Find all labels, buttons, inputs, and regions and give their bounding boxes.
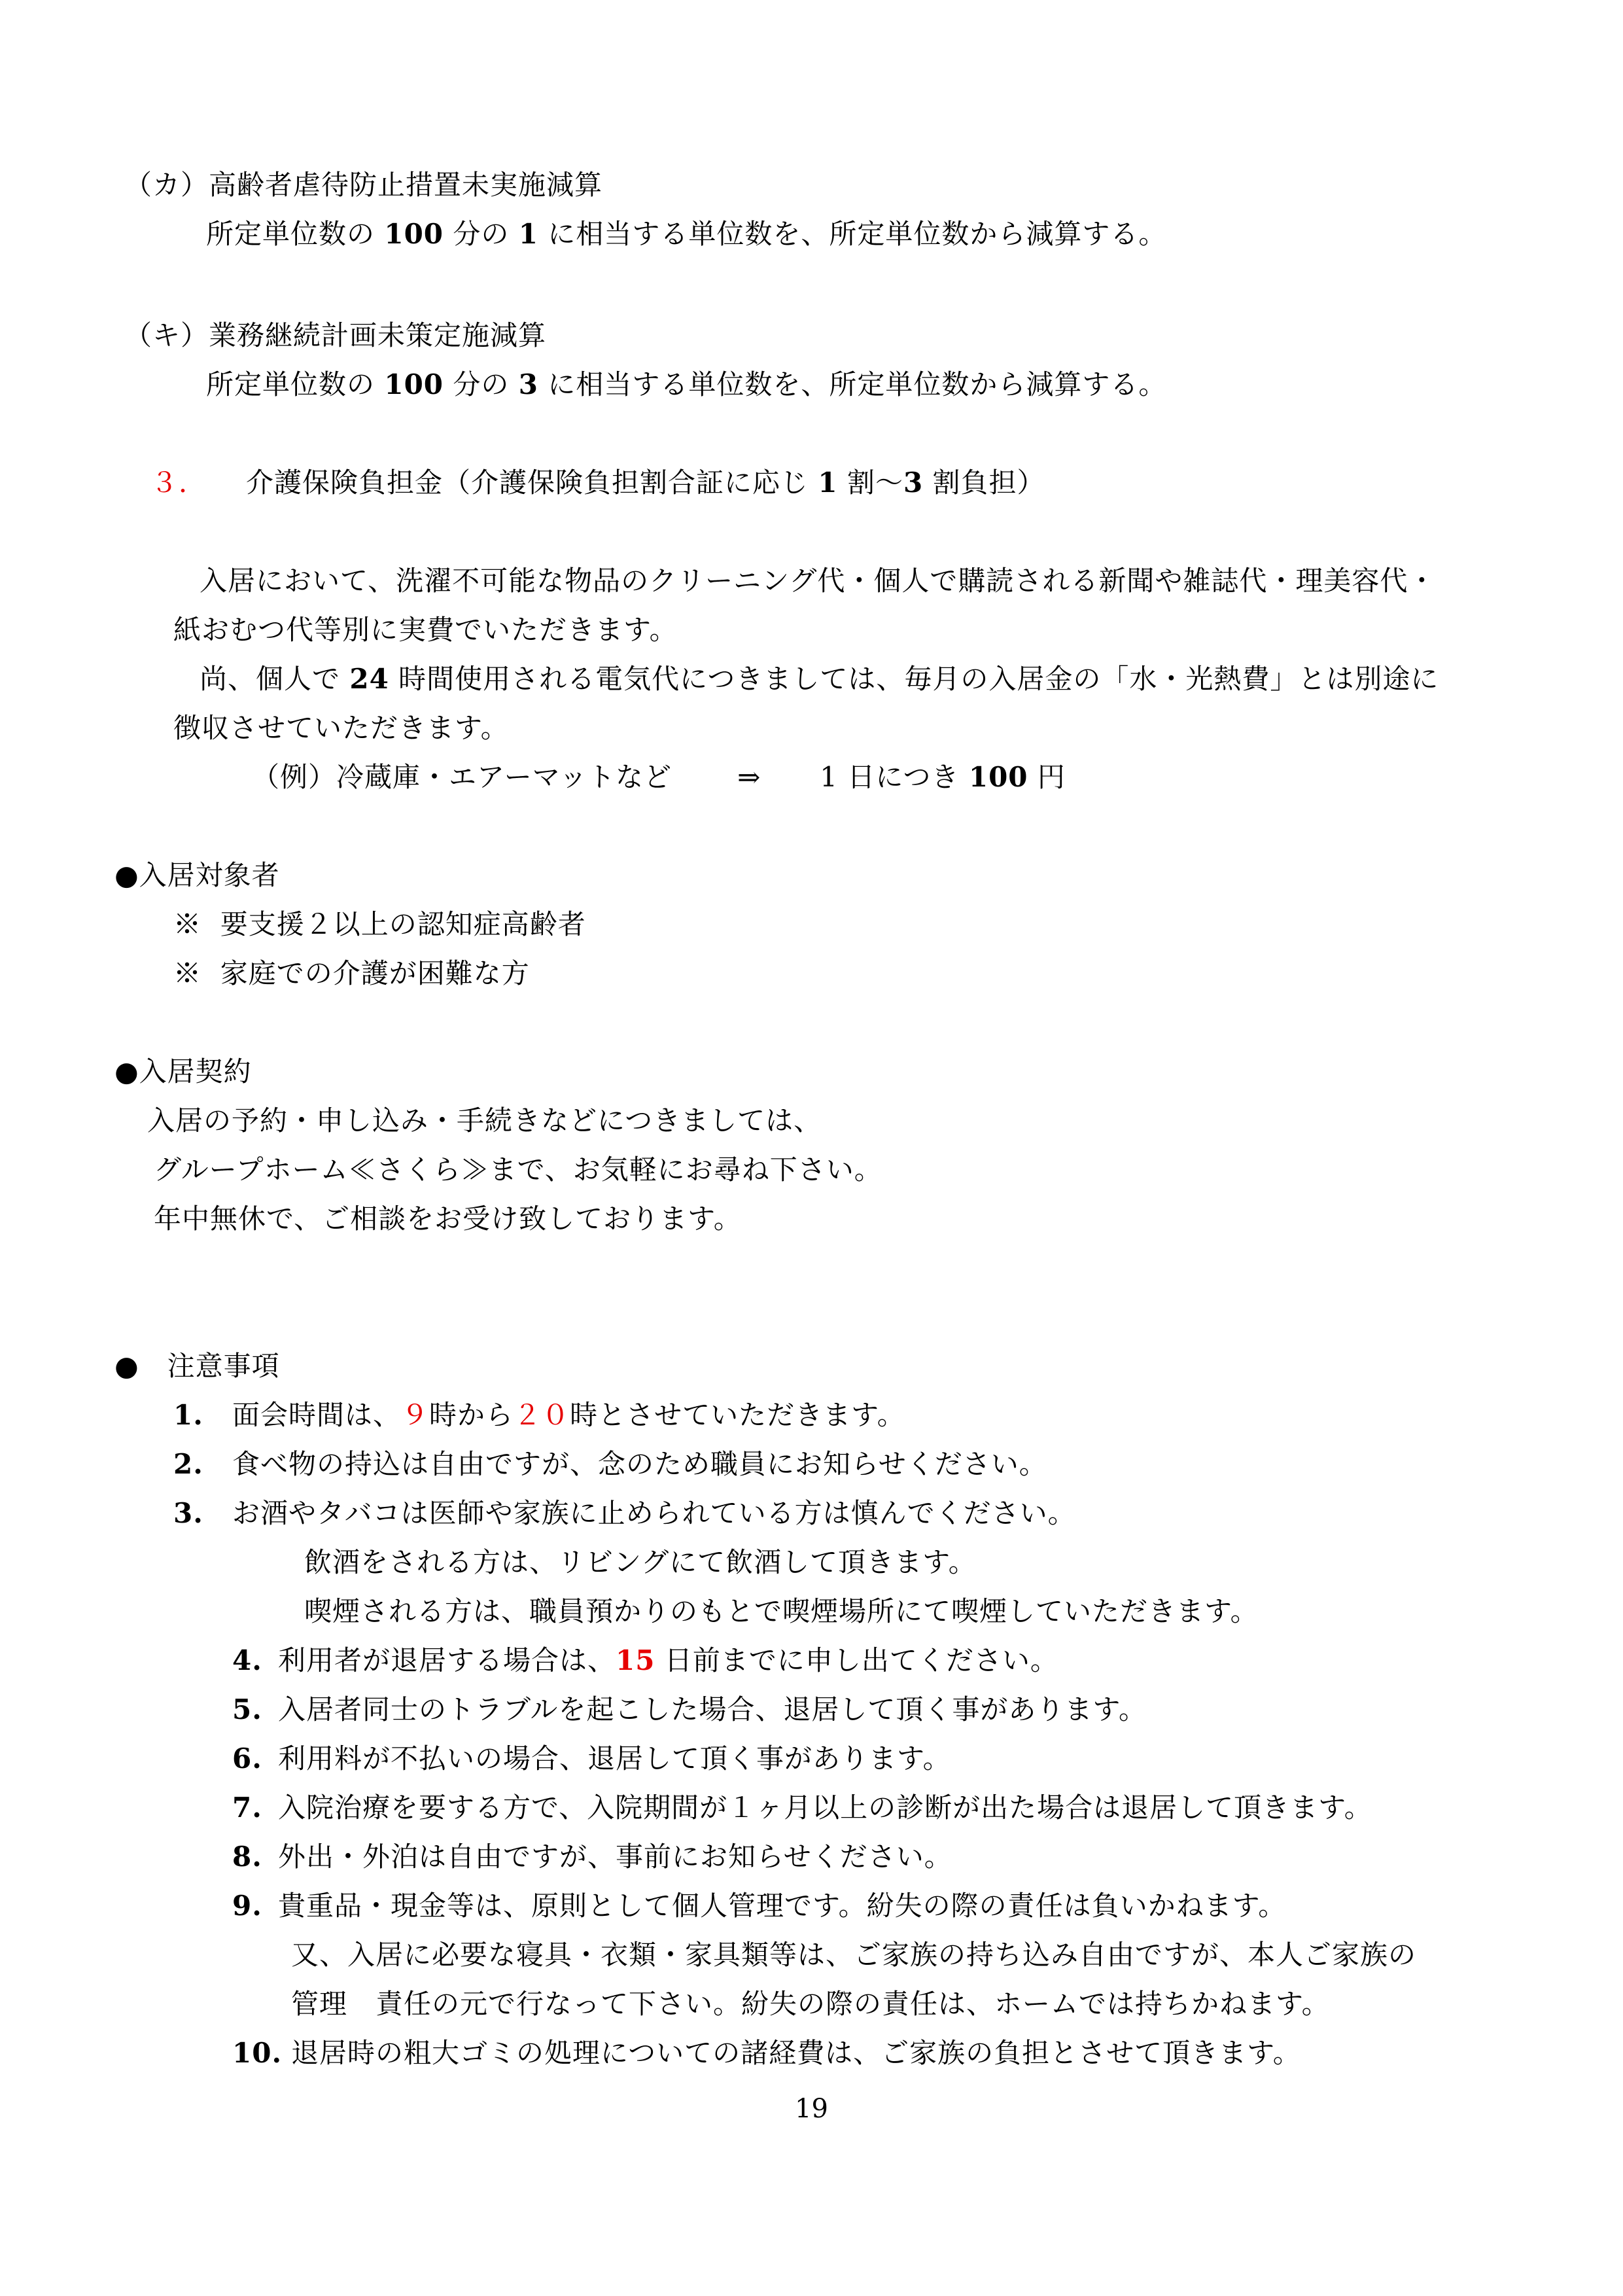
eligibility-heading: ●入居対象者	[114, 859, 280, 892]
item-number: 9.	[232, 1890, 278, 1922]
section-ki-body: 所定単位数の 100 分の 3 に相当する単位数を、所定単位数から減算する。	[206, 368, 1166, 401]
highlight: ２０	[514, 1399, 570, 1431]
section-3-paragraph-2-line-2: 徴収させていただきます。	[173, 712, 509, 745]
section-ka-body: 所定単位数の 100 分の 1 に相当する単位数を、所定単位数から減算する。	[206, 218, 1166, 251]
number: 24	[349, 663, 389, 695]
section-3-paragraph-1-line-2: 紙おむつ代等別に実費でいただきます。	[173, 614, 678, 646]
number: 100	[384, 368, 444, 400]
eligibility-item: ※ 家庭での介護が困難な方	[173, 957, 530, 990]
section-3-example: （例）冷蔵庫・エアーマットなど⇒1 日につき 100 円	[252, 761, 1066, 794]
number: 3	[903, 467, 923, 499]
notes-item-9: 9.貴重品・現金等は、原則として個人管理です。紛失の際の責任は負いかねます。	[232, 1890, 1286, 1922]
item-number: 2.	[173, 1448, 232, 1481]
notes-item-5: 5.入居者同士のトラブルを起こした場合、退居して頂く事があります。	[232, 1693, 1147, 1726]
section-3-heading: ３．介護保険負担金（介護保険負担割合証に応じ 1 割〜3 割負担）	[150, 467, 1045, 499]
notes-item-9-sub-2: 管理 責任の元で行なって下さい。紛失の際の責任は、ホームでは持ちかねます。	[291, 1988, 1330, 2021]
section-ka-heading: （カ）高齢者虐待防止措置未実施減算	[124, 169, 602, 202]
text: 外出・外泊は自由ですが、事前にお知らせください。	[278, 1841, 952, 1873]
item-number: 3.	[173, 1497, 232, 1530]
example-label: （例）冷蔵庫・エアーマットなど	[252, 761, 672, 793]
page-number: 19	[0, 2094, 1623, 2124]
text: 分の	[444, 368, 519, 400]
text: 利用者が退居する場合は、	[278, 1644, 616, 1676]
text: 尚、個人で	[200, 663, 349, 695]
number: 1	[519, 218, 538, 250]
text: 入院治療を要する方で、入院期間が１ヶ月以上の診断が出た場合は退居して頂きます。	[278, 1792, 1372, 1824]
section-ki-heading: （キ）業務継続計画未策定施減算	[124, 319, 546, 352]
notes-item-2: 2.食べ物の持込は自由ですが、念のため職員にお知らせください。	[173, 1448, 1047, 1481]
notes-item-4: 4.利用者が退居する場合は、15 日前までに申し出てください。	[232, 1644, 1058, 1677]
document-page: （カ）高齢者虐待防止措置未実施減算 所定単位数の 100 分の 1 に相当する単…	[0, 0, 1623, 2296]
highlight: ９	[401, 1399, 429, 1431]
text: に相当する単位数を、所定単位数から減算する。	[538, 368, 1166, 400]
number: 3	[519, 368, 538, 400]
section-ki-label: （キ）	[124, 319, 209, 351]
note-mark-icon: ※	[173, 957, 201, 989]
section-3-paragraph-1-line-1: 入居において、洗濯不可能な物品のクリーニング代・個人で購読される新聞や雑誌代・理…	[200, 565, 1436, 597]
text: 日前までに申し出てください。	[655, 1644, 1058, 1676]
notes-item-9-sub-1: 又、入居に必要な寝具・衣類・家具類等は、ご家族の持ち込み自由ですが、本人ご家族の	[291, 1939, 1416, 1971]
item-number: 6.	[232, 1742, 278, 1775]
text: 利用料が不払いの場合、退居して頂く事があります。	[278, 1742, 951, 1775]
number: 100	[384, 218, 444, 250]
text: 食べ物の持込は自由ですが、念のため職員にお知らせください。	[232, 1448, 1047, 1480]
item-number: 8.	[232, 1841, 278, 1873]
text: 所定単位数の	[206, 368, 384, 400]
highlight: 15	[616, 1644, 655, 1676]
text: 介護保険負担金（介護保険負担割合証に応じ	[246, 467, 818, 499]
text: 分の	[444, 218, 519, 250]
notes-item-8: 8.外出・外泊は自由ですが、事前にお知らせください。	[232, 1841, 952, 1873]
section-3-number: ３．	[150, 467, 207, 499]
contract-heading: ●入居契約	[114, 1055, 252, 1088]
item-number: 10.	[232, 2037, 291, 2070]
item-number: 7.	[232, 1792, 278, 1824]
notes-item-3-sub-2: 喫煙される方は、職員預かりのもとで喫煙場所にて喫煙していただきます。	[304, 1595, 1259, 1628]
text: 円	[1028, 761, 1066, 793]
text: 時間使用される電気代につきましては、毎月の入居金の「水・光熱費」とは別途に	[389, 663, 1439, 695]
text: 貴重品・現金等は、原則として個人管理です。紛失の際の責任は負いかねます。	[278, 1890, 1286, 1922]
text: 所定単位数の	[206, 218, 384, 250]
text: 入居者同士のトラブルを起こした場合、退居して頂く事があります。	[278, 1693, 1147, 1725]
text: 1 日につき	[820, 761, 969, 793]
notes-item-1: 1.面会時間は、９時から２０時とさせていただきます。	[173, 1399, 905, 1432]
number: 1	[818, 467, 837, 499]
text: 割負担）	[923, 467, 1045, 499]
text: 退居時の粗大ゴミの処理についての諸経費は、ご家族の負担とさせて頂きます。	[291, 2037, 1301, 2069]
section-ki-title: 業務継続計画未策定施減算	[209, 319, 546, 351]
notes-item-6: 6.利用料が不払いの場合、退居して頂く事があります。	[232, 1742, 951, 1775]
contract-line: 年中無休で、ご相談をお受け致しております。	[154, 1203, 742, 1235]
section-ka-label: （カ）	[124, 169, 209, 201]
notes-item-3-sub-1: 飲酒をされる方は、リビングにて飲酒して頂きます。	[304, 1546, 977, 1579]
item-number: 4.	[232, 1644, 278, 1677]
text: 時から	[429, 1399, 514, 1431]
section-ka-title: 高齢者虐待防止措置未実施減算	[209, 169, 602, 201]
text: 時とさせていただきます。	[570, 1399, 905, 1431]
item-number: 1.	[173, 1399, 232, 1432]
eligibility-item: ※ 要支援２以上の認知症高齢者	[173, 908, 586, 941]
text: 家庭での介護が困難な方	[220, 957, 530, 989]
notes-heading: ● 注意事項	[114, 1350, 280, 1383]
text: 面会時間は、	[232, 1399, 401, 1431]
contract-line: 入居の予約・申し込み・手続きなどにつきましては、	[147, 1104, 822, 1137]
text: 要支援２以上の認知症高齢者	[220, 908, 586, 940]
text: に相当する単位数を、所定単位数から減算する。	[538, 218, 1166, 250]
text: お酒やタバコは医師や家族に止められている方は慎んでください。	[232, 1497, 1076, 1529]
arrow-icon: ⇒	[737, 761, 761, 793]
item-number: 5.	[232, 1693, 278, 1726]
notes-item-3: 3.お酒やタバコは医師や家族に止められている方は慎んでください。	[173, 1497, 1076, 1530]
text: 割〜	[838, 467, 903, 499]
note-mark-icon: ※	[173, 908, 201, 940]
section-3-paragraph-2-line-1: 尚、個人で 24 時間使用される電気代につきましては、毎月の入居金の「水・光熱費…	[200, 663, 1439, 696]
contract-line: グループホーム≪さくら≫まで、お気軽にお尋ね下さい。	[154, 1154, 882, 1186]
number: 100	[969, 761, 1028, 793]
notes-item-10: 10.退居時の粗大ゴミの処理についての諸経費は、ご家族の負担とさせて頂きます。	[232, 2037, 1301, 2070]
notes-item-7: 7.入院治療を要する方で、入院期間が１ヶ月以上の診断が出た場合は退居して頂きます…	[232, 1792, 1372, 1824]
